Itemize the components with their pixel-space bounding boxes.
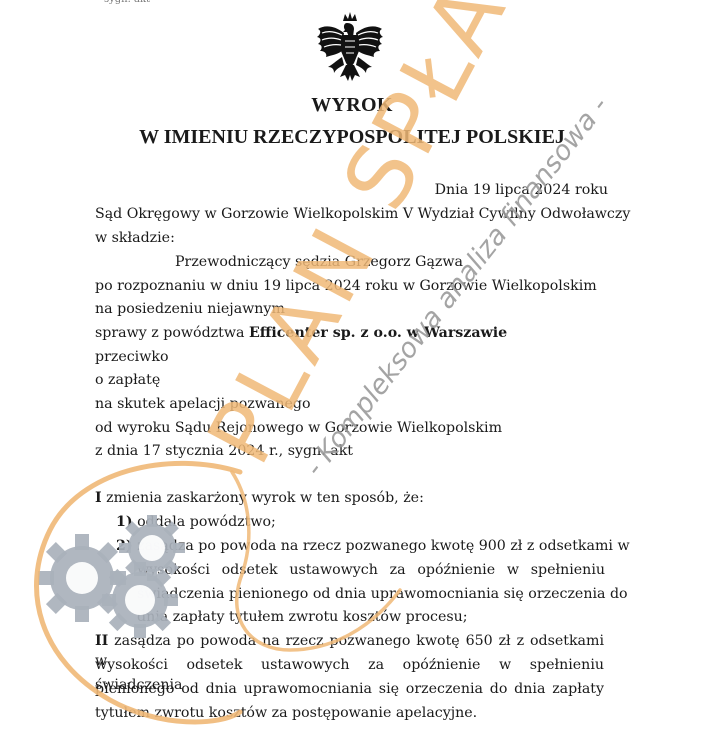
ruling-sub-2-line-4: dnia zapłaty tytułem zwrotu kosztów proc… bbox=[137, 607, 468, 627]
ruling-point-2-line-4: tytułem zwrotu kosztów za postępowanie a… bbox=[95, 703, 477, 723]
lower-court-info: od wyroku Sądu Rejonowego w Gorzowie Wie… bbox=[95, 418, 502, 438]
top-cut-text: sygn. akt bbox=[104, 0, 150, 5]
composition-label: w składzie: bbox=[95, 228, 175, 248]
judgment-title: WYROK bbox=[0, 94, 704, 117]
court-judgment-page: sygn. akt WYROK W IMIENIU RZECZYPOSPOLIT… bbox=[0, 0, 704, 730]
ruling-sub-1: 1) oddala powództwo; bbox=[116, 512, 276, 532]
ruling-point-2-line-3: pienionego od dnia uprawomocniania się o… bbox=[95, 679, 604, 699]
judgment-date: Dnia 19 lipca 2024 roku bbox=[435, 180, 608, 200]
case-prefix: sprawy z powództwa bbox=[95, 325, 249, 341]
judgment-subtitle: W IMIENIU RZECZYPOSPOLITEJ POLSKIEJ bbox=[0, 126, 704, 149]
point-label: I bbox=[95, 490, 102, 506]
polish-eagle-emblem-icon bbox=[314, 11, 386, 87]
lower-court-date: z dnia 17 stycznia 2024 r., sygn. akt bbox=[95, 441, 353, 461]
court-name: Sąd Okręgowy w Gorzowie Wielkopolskim V … bbox=[95, 204, 630, 224]
against-label: przeciwko bbox=[95, 347, 169, 367]
ruling-point-1: I zmienia zaskarżony wyrok w ten sposób,… bbox=[95, 488, 424, 508]
case-subject: o zapłatę bbox=[95, 370, 160, 390]
ruling-sub-2-line-3: świadczenia pienionego od dnia uprawomoc… bbox=[137, 584, 628, 604]
presiding-judge: Przewodniczący sędzia Grzegorz Gązwa bbox=[175, 252, 463, 272]
plaintiff-name: Efficenter sp. z o.o. w Warszawie bbox=[249, 325, 507, 341]
ruling-sub-2: 2) zasądza po powoda na rzecz pozwanego … bbox=[116, 536, 630, 556]
session-type: na posiedzeniu niejawnym bbox=[95, 299, 285, 319]
ruling-sub-2-line-2: wysokości odsetek ustawowych za opóźnien… bbox=[137, 560, 605, 580]
case-parties: sprawy z powództwa Efficenter sp. z o.o.… bbox=[95, 323, 507, 343]
appeal-info: na skutek apelacji pozwanego bbox=[95, 394, 311, 414]
hearing-info: po rozpoznaniu w dniu 19 lipca 2024 roku… bbox=[95, 276, 597, 296]
